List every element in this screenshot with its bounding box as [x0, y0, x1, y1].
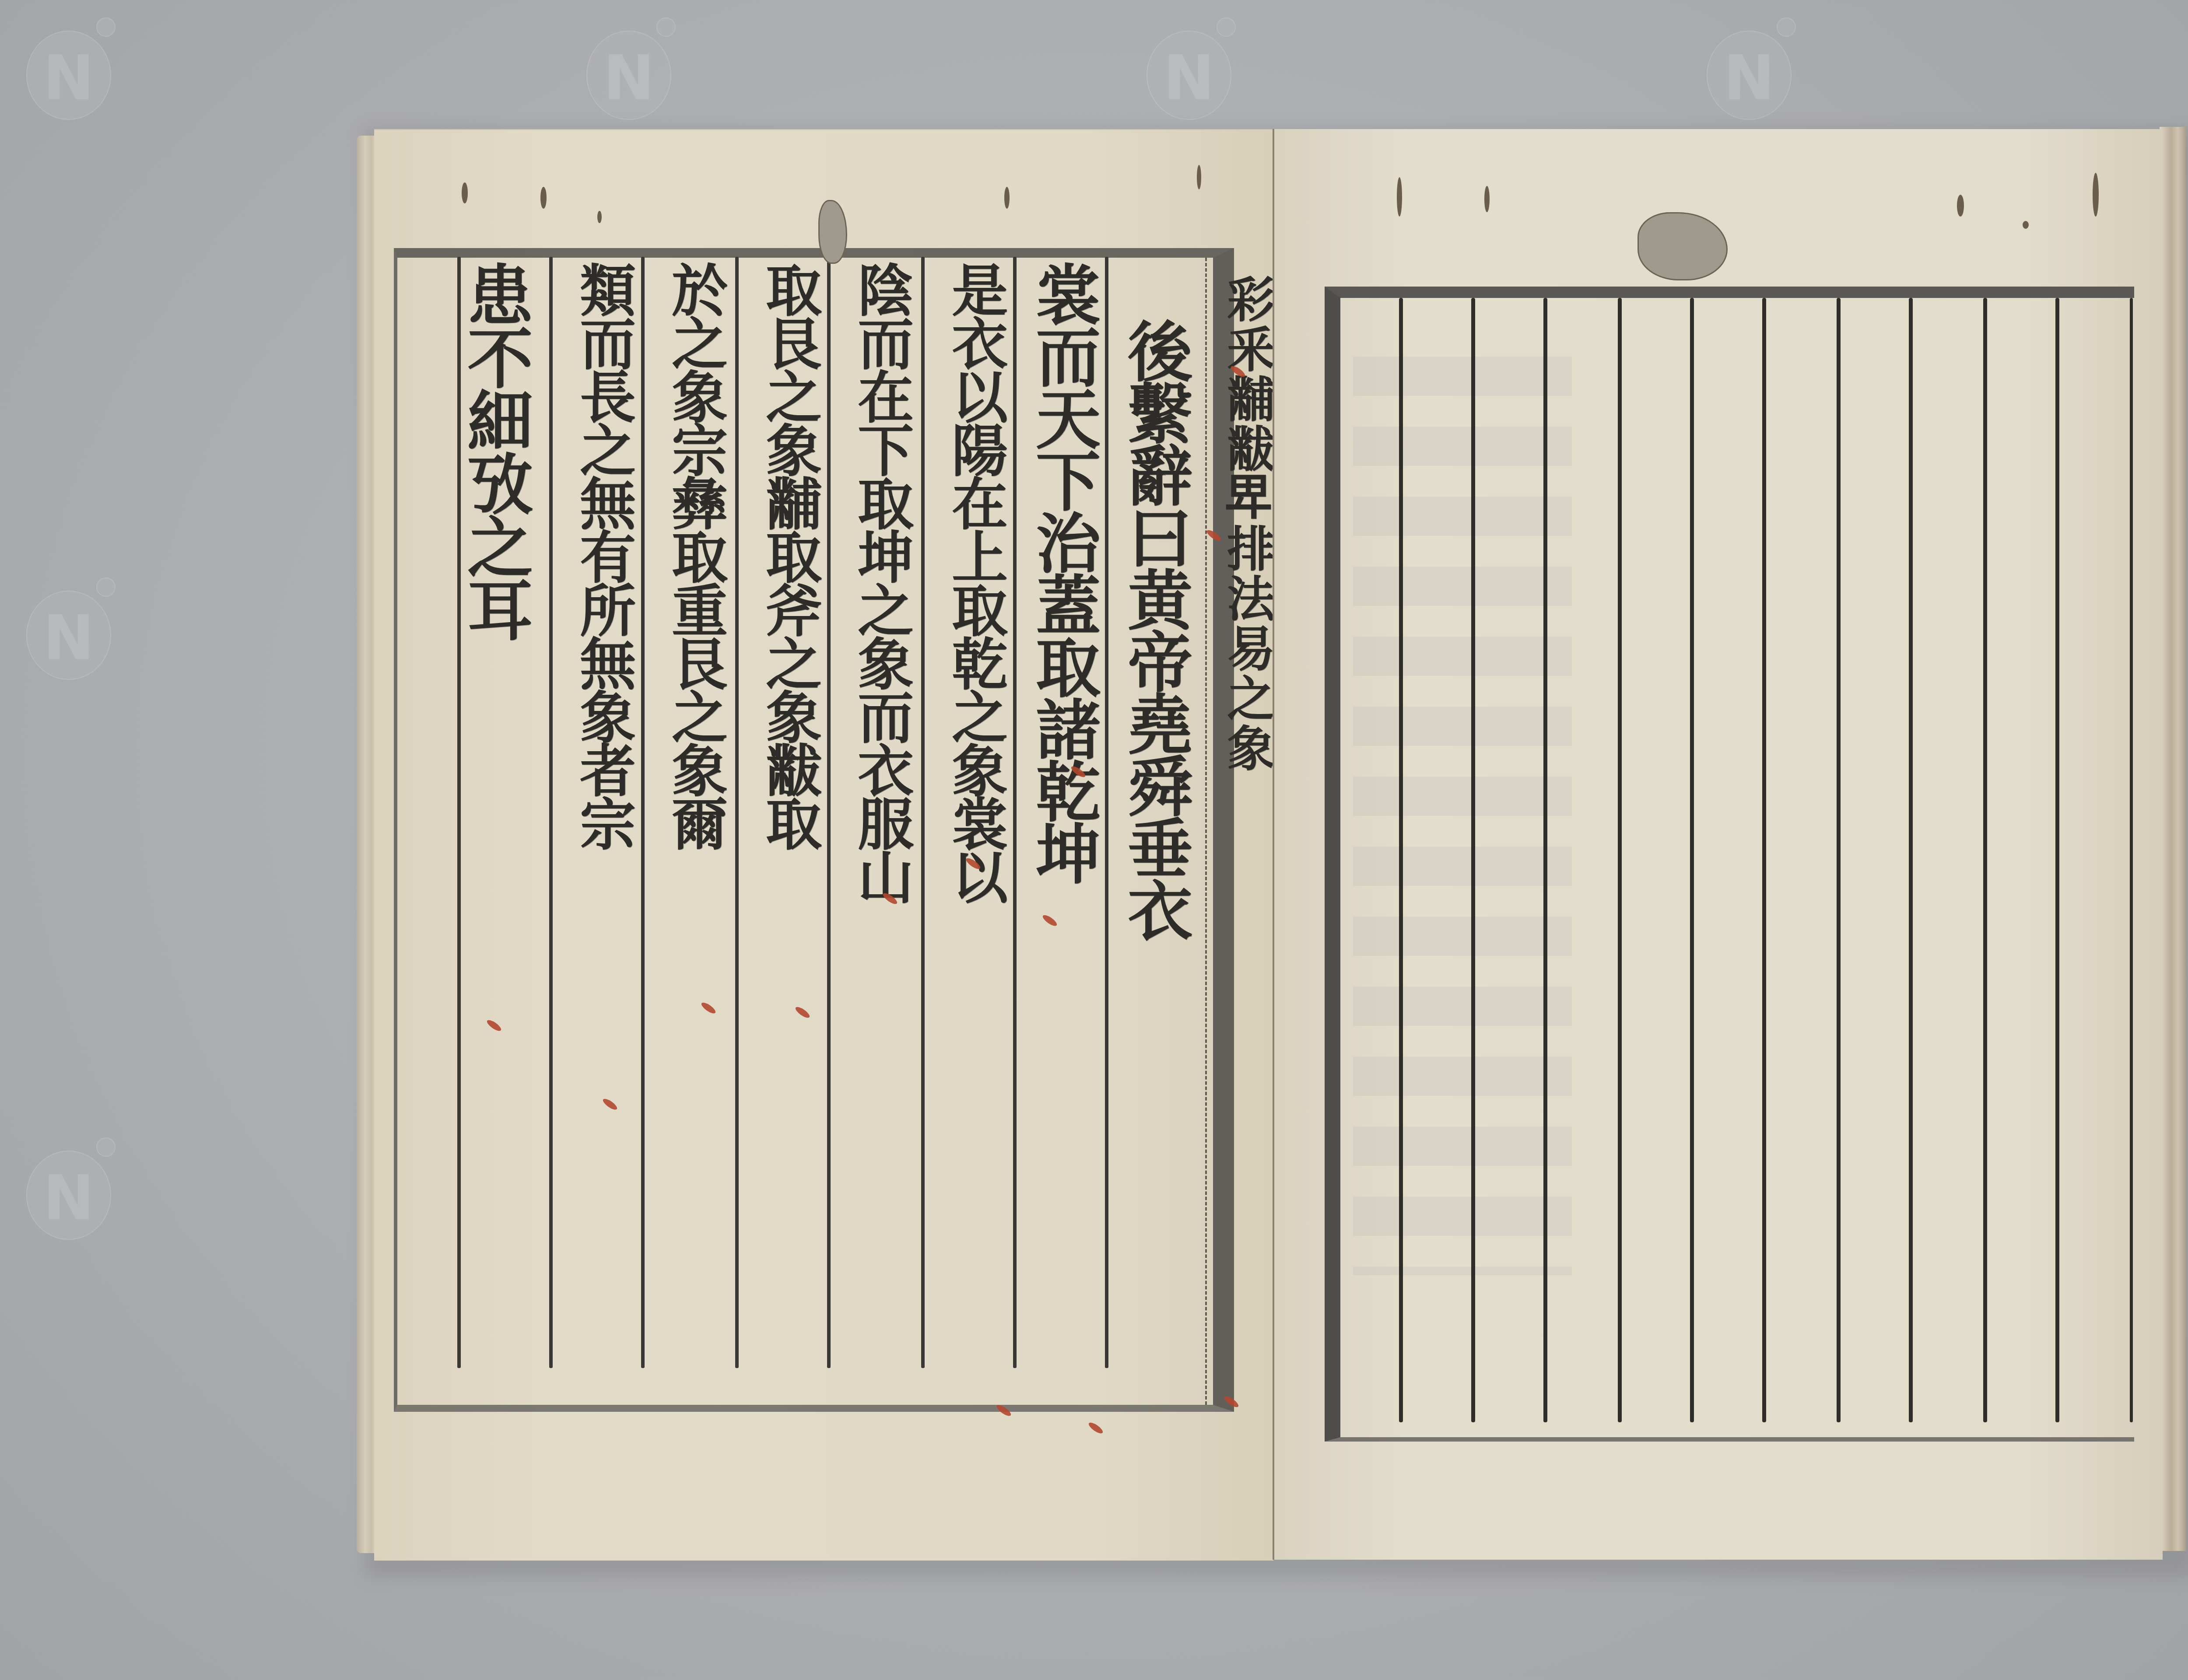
text-column-9: 患不細攷之耳	[464, 261, 547, 639]
column-rule	[1690, 298, 1694, 1422]
print-frame-right	[1325, 287, 2134, 1442]
column-rule	[2055, 298, 2059, 1422]
text-column-6: 取艮之象黼取斧之象黻取	[744, 261, 827, 848]
right-page	[1274, 129, 2163, 1560]
column-rule	[827, 257, 831, 1368]
ink-stain	[540, 187, 547, 209]
watermark-logo: N	[569, 9, 674, 122]
column-rule	[1013, 257, 1017, 1368]
column-rule	[1543, 298, 1547, 1422]
ink-stain	[2023, 221, 2029, 229]
column-rule	[921, 257, 925, 1368]
column-rule	[1909, 298, 1913, 1422]
watermark-logo: N	[9, 1129, 114, 1242]
watermark-logo: N	[1129, 9, 1234, 122]
ink-stain	[1004, 187, 1010, 209]
text-column-8: 類而長之無有所無象者宗	[558, 261, 641, 848]
column-rule	[2130, 298, 2133, 1422]
ink-stain	[1397, 177, 1402, 217]
ink-stain	[597, 211, 602, 223]
column-rule	[1762, 298, 1766, 1422]
ink-stain	[2093, 173, 2099, 217]
book-edge-right	[2160, 127, 2186, 1551]
open-book: 彩釆黼黻𤰞排法易之象 後繫辭曰黄帝堯舜垂衣 裳而天下治蓋取諸乾坤 是衣以陽在上取…	[357, 120, 2186, 1564]
column-rule	[735, 257, 739, 1368]
ink-stain	[1484, 186, 1490, 212]
wormhole-damage	[818, 200, 847, 264]
watermark-logo: N	[9, 569, 114, 682]
left-page: 彩釆黼黻𤰞排法易之象 後繫辭曰黄帝堯舜垂衣 裳而天下治蓋取諸乾坤 是衣以陽在上取…	[374, 129, 1273, 1561]
text-column-2: 後繫辭曰黄帝堯舜垂衣	[1114, 318, 1197, 939]
watermark-logo: N	[1689, 9, 1794, 122]
red-kunten-mark	[1087, 1421, 1104, 1435]
ink-stain	[1957, 195, 1964, 217]
text-column-5: 陰而在下取坤之象而衣服山	[836, 261, 919, 902]
watermark-logo: N	[9, 9, 114, 122]
column-rule	[641, 257, 645, 1368]
column-rule	[1618, 298, 1622, 1422]
text-column-7: 於之象宗彝取重艮之象爾	[650, 261, 733, 848]
column-rule	[1471, 298, 1475, 1422]
column-rule	[1837, 298, 1841, 1422]
text-column-3: 裳而天下治蓋取諸乾坤	[1022, 261, 1105, 882]
ink-stain	[462, 182, 468, 203]
ink-stain	[1197, 165, 1201, 189]
column-rule	[549, 257, 553, 1368]
text-column-4: 是衣以陽在上取乾之象裳以	[930, 261, 1013, 902]
wormhole-damage	[1637, 212, 1728, 280]
column-rule	[1105, 257, 1108, 1368]
column-rule	[1399, 298, 1403, 1422]
column-rule	[1983, 298, 1987, 1422]
